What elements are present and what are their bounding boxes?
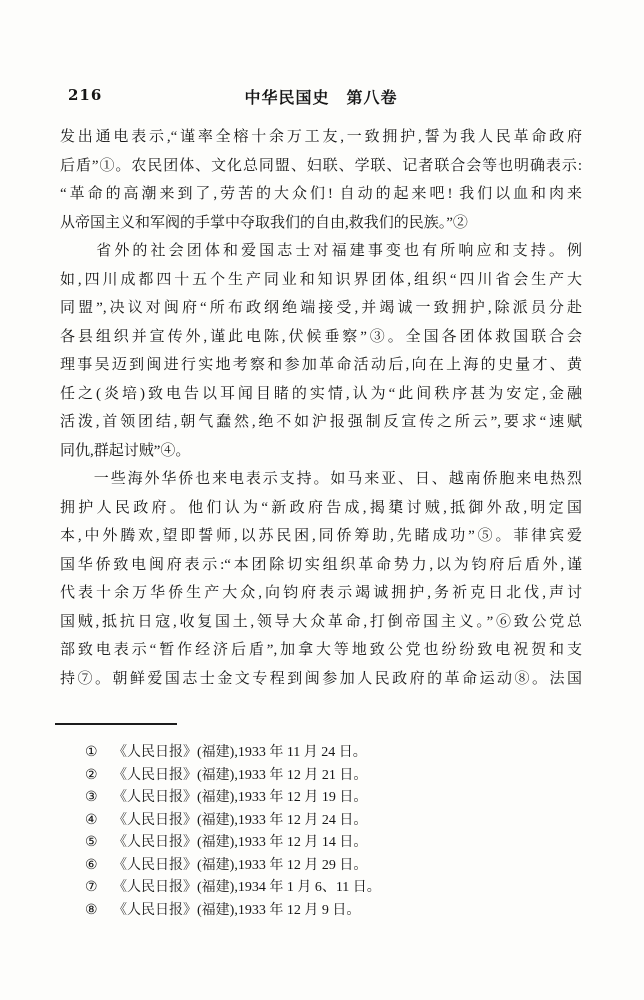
body-line: 任之(炎培)致电告以耳闻目睹的实情,认为“此间秩序甚为安定,金融 xyxy=(60,380,582,409)
body-line: 理事吴迈到闽进行实地考察和参加革命活动后,向在上海的史量才、黄 xyxy=(60,351,582,380)
footnote-marker: ⑧ xyxy=(85,900,102,923)
body-line: 省外的社会团体和爱国志士对福建事变也有所响应和支持。例 xyxy=(60,237,582,266)
body-line: 国贼,抵抗日寇,收复国土,领导大众革命,打倒帝国主义。”⑥致公党总 xyxy=(60,608,582,637)
body-line: “革命的高潮来到了,劳苦的大众们! 自动的起来吧! 我们以血和肉来 xyxy=(60,180,582,209)
body-line: 发出通电表示,“谨率全榕十余万工友,一致拥护,誓为我人民革命政府 xyxy=(60,123,582,152)
body-line: 国华侨致电闽府表示:“本团除切实组织革命势力,以为钧府后盾外,谨 xyxy=(60,551,582,580)
footnote-text: 《人民日报》(福建),1933 年 12 月 29 日。 xyxy=(113,858,367,873)
footnote-text: 《人民日报》(福建),1933 年 12 月 19 日。 xyxy=(113,790,367,805)
page-header: 216 中华民国史 第八卷 xyxy=(60,85,582,105)
footnote-marker: ⑥ xyxy=(85,855,102,878)
book-page: 216 中华民国史 第八卷 发出通电表示,“谨率全榕十余万工友,一致拥护,誓为我… xyxy=(0,0,644,1000)
body-text: 发出通电表示,“谨率全榕十余万工友,一致拥护,誓为我人民革命政府后盾”①。农民团… xyxy=(60,123,582,693)
body-line: 各县组织并宣传外,谨此电陈,伏候垂察”③。全国各团体救国联合会 xyxy=(60,323,582,352)
body-line: 部致电表示“暂作经济后盾”,加拿大等地致公党也纷纷致电祝贺和支 xyxy=(60,636,582,665)
footnote-row: ⑧《人民日报》(福建),1933 年 12 月 9 日。 xyxy=(85,900,565,923)
body-line: 从帝国主义和军阀的手掌中夺取我们的自由,救我们的民族。”② xyxy=(60,209,582,238)
body-line: 代表十余万华侨生产大众,向钧府表示竭诚拥护,务祈克日北伐,声讨 xyxy=(60,579,582,608)
footnote-marker: ② xyxy=(85,765,102,788)
footnote-text: 《人民日报》(福建),1933 年 12 月 9 日。 xyxy=(113,903,360,918)
footnote-row: ④《人民日报》(福建),1933 年 12 月 24 日。 xyxy=(85,810,565,833)
footnote-text: 《人民日报》(福建),1933 年 12 月 24 日。 xyxy=(113,813,367,828)
body-line: 如,四川成都四十五个生产同业和知识界团体,组织“四川省会生产大 xyxy=(60,266,582,295)
body-line: 同盟”,决议对闽府“所布政纲绝端接受,并竭诚一致拥护,除派员分赴 xyxy=(60,294,582,323)
footnote-marker: ⑤ xyxy=(85,832,102,855)
footnote-marker: ③ xyxy=(85,787,102,810)
footnotes: ①《人民日报》(福建),1933 年 11 月 24 日。②《人民日报》(福建)… xyxy=(85,742,565,922)
footnote-text: 《人民日报》(福建),1934 年 1 月 6、11 日。 xyxy=(113,880,381,895)
body-line: 持⑦。朝鲜爱国志士金文专程到闽参加人民政府的革命运动⑧。法国 xyxy=(60,665,582,694)
footnote-separator xyxy=(55,723,177,725)
footnote-text: 《人民日报》(福建),1933 年 11 月 24 日。 xyxy=(113,745,367,760)
body-line: 同仇,群起讨贼”④。 xyxy=(60,437,582,466)
footnote-text: 《人民日报》(福建),1933 年 12 月 21 日。 xyxy=(113,768,367,783)
body-line: 活泼,首领团结,朝气蠢然,绝不如沪报强制反宣传之所云”,要求“速赋 xyxy=(60,408,582,437)
footnote-marker: ⑦ xyxy=(85,877,102,900)
body-line: 拥护人民政府。他们认为“新政府告成,揭橥讨贼,抵御外敌,明定国 xyxy=(60,494,582,523)
footnote-row: ②《人民日报》(福建),1933 年 12 月 21 日。 xyxy=(85,765,565,788)
footnote-text: 《人民日报》(福建),1933 年 12 月 14 日。 xyxy=(113,835,367,850)
footnote-row: ⑥《人民日报》(福建),1933 年 12 月 29 日。 xyxy=(85,855,565,878)
footnote-marker: ④ xyxy=(85,810,102,833)
footnote-row: ③《人民日报》(福建),1933 年 12 月 19 日。 xyxy=(85,787,565,810)
body-line: 一些海外华侨也来电表示支持。如马来亚、日、越南侨胞来电热烈 xyxy=(60,465,582,494)
book-title: 中华民国史 第八卷 xyxy=(60,85,582,108)
body-line: 后盾”①。农民团体、文化总同盟、妇联、学联、记者联合会等也明确表示: xyxy=(60,152,582,181)
body-line: 本,中外腾欢,望即誓师,以苏民困,同侨筹助,先睹成功”⑤。菲律宾爱 xyxy=(60,522,582,551)
footnote-row: ⑦《人民日报》(福建),1934 年 1 月 6、11 日。 xyxy=(85,877,565,900)
footnote-row: ⑤《人民日报》(福建),1933 年 12 月 14 日。 xyxy=(85,832,565,855)
footnote-row: ①《人民日报》(福建),1933 年 11 月 24 日。 xyxy=(85,742,565,765)
footnote-marker: ① xyxy=(85,742,102,765)
